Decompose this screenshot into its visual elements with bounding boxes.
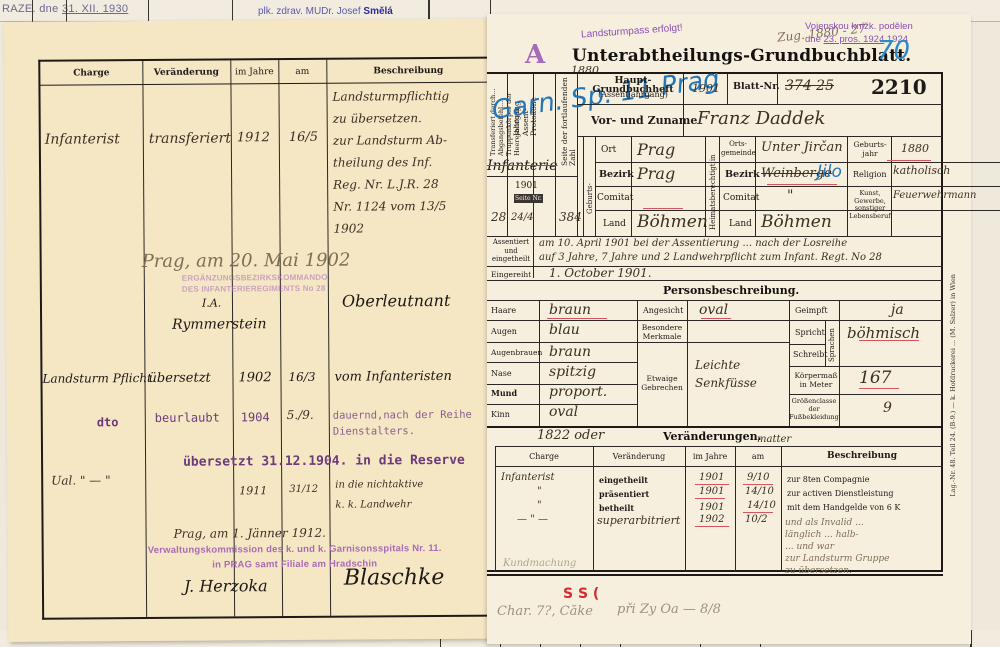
augen-value: blau <box>549 322 580 338</box>
bg-top-label: RAZE. dne <box>2 3 59 15</box>
grid-line <box>595 162 1000 163</box>
grid-line <box>495 446 943 447</box>
grid-line <box>487 236 943 237</box>
desc-line: zu übersetzen. <box>333 111 422 126</box>
desc-line: Reg. Nr. L.J.R. 28 <box>333 177 439 192</box>
stamp-line: DES INFANTERIEREGIMENTS No 28 <box>182 283 328 295</box>
place-date-1: Prag, am 20. Mai 1902 <box>142 250 351 272</box>
occupation-label: Kunst, Gewerbe, sonstiger Lebensberuf <box>849 190 891 220</box>
eingereiht-label: Eingereiht <box>491 270 531 279</box>
red-underline <box>767 184 837 185</box>
bg-divider <box>32 0 33 22</box>
changes-col-veraenderung: Veränderung <box>593 452 685 461</box>
col-beschreibung: Beschreibung <box>326 59 490 84</box>
angesicht-value: oval <box>699 302 728 318</box>
row-day: 14/10 <box>747 500 776 511</box>
grid-line <box>719 136 720 236</box>
birth-group-label: Geburts- <box>586 174 594 214</box>
grid-line <box>539 300 540 426</box>
entry-3-desc-2: Dienstalters. <box>333 425 415 438</box>
grid-line <box>487 176 577 177</box>
fuss-value: 9 <box>883 400 892 416</box>
entry-4-desc-2: k. k. Landwehr <box>335 499 411 511</box>
row-day: 9/10 <box>747 472 769 483</box>
grid-line <box>495 466 943 467</box>
birth-ort-label: Ort <box>601 146 616 155</box>
row-charge: — " — <box>517 514 548 525</box>
geimpft-label: Geimpft <box>795 306 828 315</box>
stamp-line: Verwaltungskommission des k. und k. Garn… <box>148 541 442 558</box>
assentiert-label: Assentiert und eingetheilt <box>489 238 533 264</box>
grid-line <box>637 320 789 321</box>
grid-line <box>839 300 840 426</box>
grid-line <box>487 300 943 301</box>
koerpermass-label: Körpermaß in Meter <box>793 371 839 389</box>
mund-value: proport. <box>549 384 607 400</box>
entry-2-charge: Landsturm Pflicht <box>42 371 151 386</box>
blue-number: 70 <box>877 36 910 66</box>
grid-line <box>495 446 496 572</box>
home-bezirk-blue: Jilo <box>817 162 842 182</box>
blatt-nr-value: 2210 <box>871 76 927 98</box>
row-day: 14/10 <box>745 486 774 497</box>
row-desc: zur Landsturm Gruppe <box>785 554 889 564</box>
left-page-continuation-sheet: Charge Veränderung im Jahre am Beschreib… <box>4 19 498 642</box>
angesicht-label: Angesicht <box>643 306 683 315</box>
bg-divider <box>232 0 233 22</box>
entry-4-charge: Ual. " — " <box>51 473 111 487</box>
grid-line <box>595 186 1000 187</box>
merkmale-label: Besondere Merkmale <box>639 323 685 341</box>
gebrechen-label: Etwaige Gebrechen <box>639 374 685 392</box>
col-charge: Charge <box>40 61 142 86</box>
nase-value: spitzig <box>549 364 596 380</box>
birth-ort-value: Prag <box>637 140 675 159</box>
eingereiht-value: 1. October 1901. <box>549 266 652 280</box>
section-veraenderungen: Veränderungen. <box>663 430 761 443</box>
red-underline <box>743 484 773 485</box>
grid-line <box>487 342 637 343</box>
grid-line <box>825 320 826 366</box>
blatt-nr-struck: 374 25 <box>785 78 834 94</box>
augen-label: Augen <box>491 327 517 336</box>
left-changes-table: Charge Veränderung im Jahre am Beschreib… <box>38 57 492 620</box>
side-struck-infanterie: Infanterie <box>487 158 557 174</box>
religion-label: Religion <box>853 170 887 179</box>
red-underline <box>695 526 729 527</box>
row-change: superarbitriert <box>597 514 680 527</box>
desc-line: zur Landsturm Ab- <box>333 133 447 148</box>
desc-line: theilung des Inf. <box>333 155 432 170</box>
birth-year-value: 1880 <box>901 142 929 155</box>
fuss-label: Größenclasse der Fußbekleidung <box>789 397 839 421</box>
desc-line: 1902 <box>333 221 364 235</box>
birth-land-label: Land <box>603 220 626 229</box>
assentiert-line-1: am 10. April 1901 bei der Assentierung .… <box>539 238 847 249</box>
home-gemeinde-value: Unter Jirčan <box>761 140 843 155</box>
row-desc: mit dem Handgelde von 6 K <box>787 503 900 512</box>
row-year: 1901 <box>699 472 724 483</box>
kinn-value: oval <box>549 404 578 420</box>
side-right-value: 384 <box>559 210 582 224</box>
transfer-reserve-line: übersetzt 31.12.1904. in die Reserve <box>183 453 465 470</box>
grid-line <box>789 394 943 395</box>
grid-line <box>637 342 789 343</box>
red-underline <box>547 318 607 319</box>
grid-line <box>593 446 594 572</box>
side-seite-label: Seite Nr. <box>514 194 543 203</box>
grid-line <box>735 446 736 572</box>
signature-herzoka: J. Herzoka <box>184 576 268 596</box>
blatt-nr-label: Blatt-Nr. <box>733 82 780 91</box>
stamp-letter-a: A <box>525 40 545 70</box>
grid-line <box>789 366 943 367</box>
nase-label: Nase <box>491 369 512 378</box>
grid-line <box>891 136 892 236</box>
name-label: Vor- und Zuname <box>591 116 697 125</box>
entry-2-year: 1902 <box>238 370 271 385</box>
initials: I.A. <box>202 296 221 309</box>
col-divider <box>142 61 147 617</box>
red-underline <box>695 498 725 499</box>
printer-imprint: Lag.-Nr. 48. Teil 24. (B-9.) — k. Hofdru… <box>949 274 957 497</box>
grid-line <box>777 74 778 104</box>
sprachen-label: Sprachen <box>828 324 836 362</box>
grid-line <box>789 344 825 345</box>
grid-line <box>487 362 637 363</box>
desc-line: Landsturmpflichtig <box>332 89 449 104</box>
grid-line <box>781 446 782 572</box>
side-mid-value: 24/4 <box>511 212 533 223</box>
desc-line: Nr. 1124 vom 13/5 <box>333 199 446 214</box>
col-veraenderung: Veränderung <box>142 60 230 85</box>
stamp-landsturmpass: Landsturmpass erfolgt! <box>581 22 683 40</box>
bg-stamp-prefix: plk. zdrav. MUDr. Josef <box>258 6 361 17</box>
row-desc: zur 8ten Compagnie <box>787 475 869 484</box>
home-comitat-label: Comitat <box>723 194 759 203</box>
red-underline <box>743 512 773 513</box>
home-group-label: Heimatsberechtigt in <box>709 140 717 230</box>
entry-2-change: übersetzt <box>148 371 210 386</box>
entry-4-year: 1911 <box>239 484 267 497</box>
birth-land-value: Böhmen <box>637 212 708 232</box>
stamp-line: Vojenskou knížk. podělen <box>805 20 913 33</box>
grid-line <box>789 320 943 321</box>
section-personsbeschreibung: Personsbeschreibung. <box>663 284 799 297</box>
religion-value: katholisch <box>893 164 950 177</box>
haare-value: braun <box>549 302 591 318</box>
bg-divider <box>148 0 149 22</box>
home-bezirk-label: Bezirk <box>725 170 760 179</box>
signature-rymmerstein: Rymmerstein <box>172 316 266 333</box>
row-year: 1901 <box>699 486 724 497</box>
entry-1-day: 16/5 <box>289 130 318 145</box>
row-charge: " <box>537 500 542 511</box>
changes-col-beschreibung: Beschreibung <box>781 452 943 461</box>
row-change: betheilt <box>599 504 634 513</box>
haare-label: Haare <box>491 306 516 315</box>
koerpermass-value: 167 <box>859 368 891 388</box>
grid-line <box>583 136 584 236</box>
col-year: im Jahre <box>230 60 278 84</box>
row-year: 1901 <box>699 502 724 513</box>
bg-stamp-name: Smělá <box>363 6 392 17</box>
birth-bezirk-value: Prag <box>637 164 675 183</box>
birth-comitat-label: Comitat <box>597 194 633 203</box>
grid-line <box>727 74 728 104</box>
mund-label: Mund <box>491 389 517 398</box>
grid-line <box>637 300 638 426</box>
red-underline <box>695 484 729 485</box>
row-desc: zur activen Dienstleistung <box>787 489 893 498</box>
entry-2-desc: vom Infanteristen <box>334 369 451 385</box>
home-land-value: Böhmen <box>761 212 832 232</box>
entry-3-charge: dto <box>97 415 119 429</box>
row-change: eingetheilt <box>599 476 648 485</box>
bg-divider <box>66 0 67 22</box>
right-page-grundbuchblatt: Landsturmpass erfolgt! Zug. 1880 - 27 Vo… <box>487 14 971 644</box>
changes-col-charge: Charge <box>495 452 593 461</box>
entry-1-charge: Infanterist <box>45 131 120 148</box>
grid-line <box>705 136 706 236</box>
grid-line <box>595 210 1000 211</box>
entry-3-change: beurlaubt <box>155 411 220 425</box>
augenbrauen-value: braun <box>549 344 591 360</box>
spricht-label: Spricht <box>795 328 825 337</box>
row-year: 1902 <box>699 514 724 525</box>
entry-2-day: 16/3 <box>288 370 315 384</box>
stamp-prefix: dne <box>805 34 821 45</box>
assentiert-line-2: auf 3 Jahre, 7 Jahre und 2 Landwehrpflic… <box>539 252 882 263</box>
row-desc: und als Invalid ... <box>785 518 864 528</box>
augenbrauen-label: Augenbrauen <box>491 348 542 357</box>
gebrechen-value: Leichte Senkfüsse <box>695 356 785 392</box>
birth-bezirk-label: Bezirk <box>599 170 634 179</box>
haupt-year: 1901 <box>692 82 720 95</box>
grid-line <box>487 320 637 321</box>
grid-line <box>577 104 943 105</box>
entry-3-day: 5./9. <box>287 408 314 422</box>
row-day: 10/2 <box>745 514 767 525</box>
bg-top-stamp: plk. zdrav. MUDr. Josef Smělá <box>258 6 393 17</box>
row-charge: " <box>537 486 542 497</box>
grid-line <box>487 280 943 281</box>
col-day: am <box>278 60 326 84</box>
home-comitat-value: " <box>787 188 793 204</box>
pencil-kundmachung: Kundmachung <box>503 558 576 569</box>
changes-col-day: am <box>735 452 781 461</box>
col-divider <box>326 60 331 616</box>
home-land-label: Land <box>729 220 752 229</box>
pencil-bottom-note-2: při Zy Oa — 8/8 <box>617 602 721 617</box>
grid-line <box>533 236 534 278</box>
stamp-date: 23. pros. 1924 <box>824 34 885 45</box>
pencil-bottom-note: Char. 7?, Căke <box>497 604 593 619</box>
left-table-header: Charge Veränderung im Jahre am Beschreib… <box>40 59 490 86</box>
entry-3-desc-1: dauernd,nach der Reihe <box>333 409 472 422</box>
signature-blaschke: Blaschke <box>344 565 445 591</box>
side-left-value: 28 <box>491 210 506 224</box>
entry-3-year: 1904 <box>241 410 270 424</box>
name-value: Franz Daddek <box>697 108 825 129</box>
red-underline <box>859 388 899 389</box>
grid-line <box>687 300 688 426</box>
entry-1-year: 1912 <box>237 130 270 145</box>
red-underline <box>643 208 683 209</box>
row-desc: ... und war <box>785 542 834 552</box>
haupt-grundbuchheft-sub: (Assentjahrgang) <box>583 90 683 99</box>
changes-right-note: matter <box>757 434 791 445</box>
kinn-label: Kinn <box>491 410 510 419</box>
birth-year-label: Geburts-jahr <box>849 140 891 158</box>
home-gemeinde-label: Orts-gemeinde <box>721 140 755 158</box>
document-title: Unterabtheilungs-Grundbuchblatt. <box>572 46 911 66</box>
row-desc: länglich ... halb- <box>785 530 859 540</box>
red-underline <box>859 340 919 341</box>
bg-top-date: 31. XII. 1930 <box>62 3 128 15</box>
signature-oberleutnant: Oberleutnant <box>342 291 451 311</box>
row-change: präsentiert <box>599 490 649 499</box>
stamp-ergaenzungsbezirk: ERGÄNZUNGSBEZIRKSKOMMANDO DES INFANTERIE… <box>182 272 328 295</box>
entry-1-change: transferiert <box>149 130 231 147</box>
entry-4-day: 31/12 <box>289 484 318 495</box>
grid-line <box>487 574 943 576</box>
schreibt-label: Schreibt <box>793 350 828 359</box>
entry-4-desc-1: in die nichtaktive <box>335 479 423 491</box>
row-charge: Infanterist <box>501 472 555 483</box>
grid-line <box>685 446 686 572</box>
side-year: 1901 <box>515 182 538 191</box>
changes-left-note: 1822 oder <box>537 428 604 443</box>
red-underline <box>701 318 731 319</box>
grid-line <box>847 136 848 236</box>
red-marks: S S ( <box>563 586 599 602</box>
changes-col-year: im Jahre <box>685 452 735 461</box>
red-underline <box>887 160 931 161</box>
occupation-value: Feuerwehrmann <box>893 190 941 202</box>
place-date-2: Prag, am 1. Jänner 1912. <box>174 526 326 541</box>
geimpft-value: ja <box>891 302 904 318</box>
